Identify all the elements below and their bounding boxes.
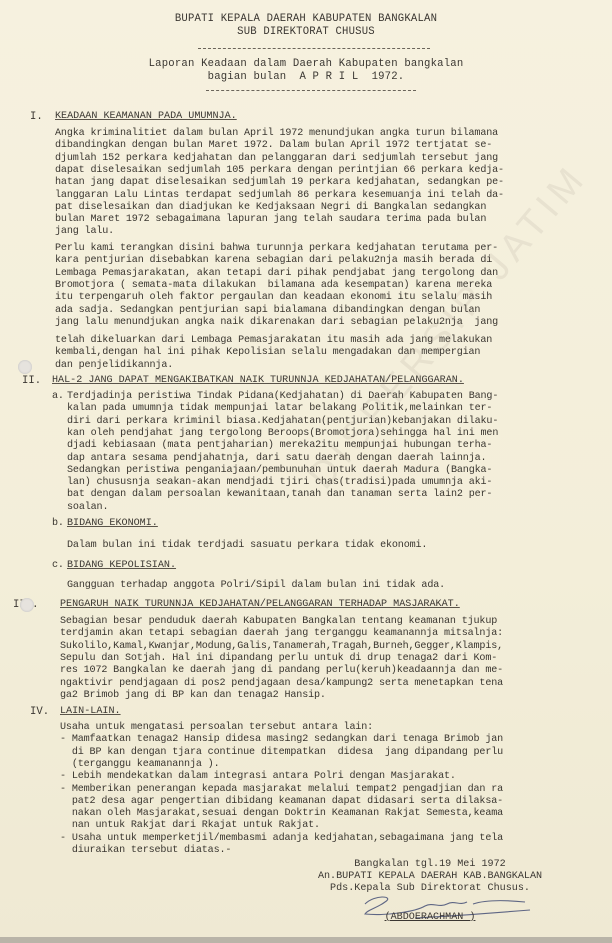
signature-on-behalf: An.BUPATI KEPALA DAERAH KAB.BANGKALAN (300, 871, 560, 883)
text-line: Lembaga Pemasjarakatan, akan tetapi dari… (55, 268, 498, 280)
text-line: Angka kriminalitiet dalam bulan April 19… (55, 128, 498, 140)
text-line: Bromotjora ( semata-mata dilakukan bilam… (55, 280, 492, 292)
section-4-title: LAIN-LAIN. (60, 706, 121, 718)
text-line: ga2 Brimob jang di BP kan dan tenaga2 Ha… (60, 690, 326, 702)
text-line: nakan oleh Masjarakat,sesuai dengan Dokt… (60, 808, 503, 820)
text-line: dapat diselesaikan sedjumlah 105 perkara… (55, 165, 504, 177)
text-line: Usaha untuk mengatasi persoalan tersebut… (60, 722, 373, 734)
text-line: Sepulu dan Sotjah. Hal ini dipandang per… (60, 653, 497, 665)
text-line: dap antara sesama pendjahatnja, dari sat… (67, 453, 486, 465)
text-line: - Lebih mendekatkan dalam integrasi anta… (60, 771, 456, 783)
text-line: bat dengan dalam persoalan kewanitaan,ta… (67, 489, 492, 501)
punch-hole (18, 360, 32, 374)
text-line: hatan jang dapat diselesaikan sedjumlah … (55, 177, 504, 189)
item-c-label: c. (52, 560, 64, 572)
text-line: ngaktivir pendjagaan di pos2 pendjagaan … (60, 678, 503, 690)
text-line: - Mamfaatkan tenaga2 Hansip didesa masin… (60, 734, 503, 746)
text-line: kan oleh pendjahat jang tergolong Beroop… (67, 428, 498, 440)
punch-hole (20, 598, 34, 612)
header-line-1: BUPATI KEPALA DAERAH KABUPATEN BANGKALAN (0, 13, 612, 26)
signatory-name: (ABDOERACHMAN ) (300, 912, 560, 924)
text-line: ada sadja. Sedangkan pentjurian sapi bia… (55, 305, 480, 317)
item-c-title: BIDANG KEPOLISIAN. (67, 560, 176, 572)
text-line: djadi kebiasaan (mata pentjaharian) mere… (67, 440, 492, 452)
text-line: pat diselesaikan dan diadjukan ke Kedjak… (55, 202, 486, 214)
item-c-text: Gangguan terhadap anggota Polri/Sipil da… (67, 580, 445, 592)
signature-position: Pds.Kepala Sub Direktorat Chusus. (300, 883, 560, 895)
text-line: itu terpengaruh oleh faktor pergaulan da… (55, 292, 492, 304)
section-3-title: PENGARUH NAIK TURUNNJA KEDJAHATAN/PELANG… (60, 599, 460, 611)
report-title-2: bagian bulan A P R I L 1972. (0, 71, 612, 84)
text-line: dan penjelidikannja. (55, 360, 173, 372)
text-line: di BP kan dengan tjara continue ditempat… (60, 747, 503, 759)
header-rule-1 (198, 48, 430, 49)
item-b-label: b. (52, 518, 64, 530)
section-1-number: I. (30, 111, 43, 123)
section-2-title: HAL-2 JANG DAPAT MENGAKIBATKAN NAIK TURU… (52, 375, 464, 387)
text-line: diri dari perkara kriminil biasa.Kedjaha… (67, 416, 498, 428)
text-line: - Usaha untuk memperketjil/membasmi adan… (60, 833, 503, 845)
text-line: Terdjadinja peristiwa Tindak Pidana(Kedj… (67, 391, 498, 403)
text-line: jang lalu menundjukan angka naik dikaren… (55, 317, 498, 329)
document-page: BUPATI KEPALA DAERAH KABUPATEN BANGKALAN… (0, 0, 612, 943)
text-line: Sedangkan peristiwa penganiajaan/pembunu… (67, 465, 492, 477)
text-line: dibandingkan dengan bulan Maret 1972. Da… (55, 140, 492, 152)
header-line-2: SUB DIREKTORAT CHUSUS (0, 26, 612, 39)
text-line: - Memberikan penerangan kepada masjaraka… (60, 784, 503, 796)
text-line: Perlu kami terangkan disini bahwa turunn… (55, 243, 498, 255)
text-line: telah dikeluarkan dari Lembaga Pemasjara… (55, 335, 492, 347)
text-line: Sukolilo,Kamal,Kwanjar,Modung,Galis,Tana… (60, 641, 503, 653)
header-rule-2 (206, 90, 416, 91)
section-4-number: IV. (30, 706, 49, 718)
text-line: nan untuk Rakjat dari Rkajat untuk Rakja… (60, 820, 320, 832)
text-line: soalan. (67, 502, 108, 514)
item-b-text: Dalam bulan ini tidak terdjadi sasuatu p… (67, 540, 427, 552)
text-line: lan) chususnja seakan-akan mendjadi tjir… (67, 477, 492, 489)
report-title-1: Laporan Keadaan dalam Daerah Kabupaten b… (0, 58, 612, 71)
text-line: diuraikan tersebut diatas.- (60, 845, 231, 857)
item-b-title: BIDANG EKONOMI. (67, 518, 158, 530)
text-line: Sebagian besar penduduk daerah Kabupaten… (60, 616, 497, 628)
text-line: (terganggu keamanannja ). (60, 759, 220, 771)
text-line: kara pentjurian disebabkan karena sebagi… (55, 255, 492, 267)
text-line: kembali,dengan hal ini pihak Kepolisian … (55, 347, 480, 359)
text-line: bulan Maret 1972 sebagaimana lapuran jan… (55, 214, 486, 226)
section-2-number: II. (22, 375, 41, 387)
text-line: langgaran Lalu Lintas terdapat sedjumlah… (55, 190, 504, 202)
text-line: kalan pada umumnja tidak mempunjai latar… (67, 403, 492, 415)
signature-place-date: Bangkalan tgl.19 Mei 1972 (300, 859, 560, 871)
text-line: jang lalu. (55, 226, 114, 238)
text-line: pat2 desa agar pengertian dibidang keama… (60, 796, 503, 808)
section-1-title: KEADAAN KEAMANAN PADA UMUMNJA. (55, 111, 237, 123)
page-edge (0, 937, 612, 943)
text-line: terdjamin akan tetapi sebagian daerah ja… (60, 628, 503, 640)
text-line: res 1072 Bangkalan ke daerah jang di pan… (60, 665, 503, 677)
item-a-label: a. (52, 391, 64, 403)
text-line: djumlah 152 perkara kedjahatan dan pelan… (55, 153, 498, 165)
